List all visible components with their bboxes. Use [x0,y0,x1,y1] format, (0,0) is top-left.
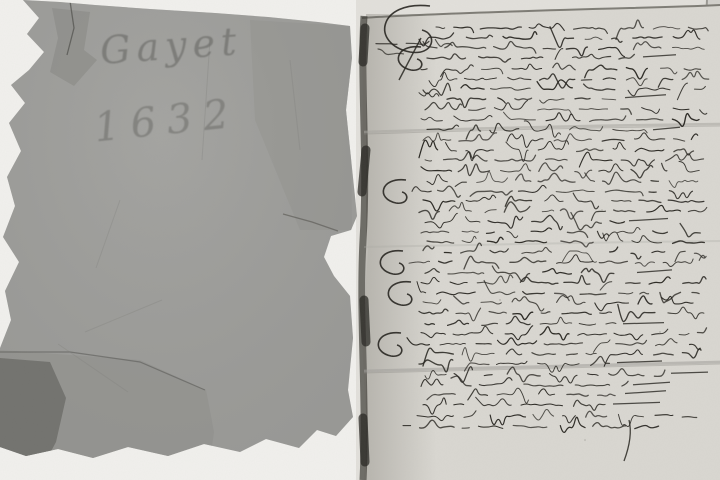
archival-photo: Gayet 1632 [0,0,720,480]
manuscript-photo-svg [0,0,720,480]
grain-overlay [0,0,720,480]
